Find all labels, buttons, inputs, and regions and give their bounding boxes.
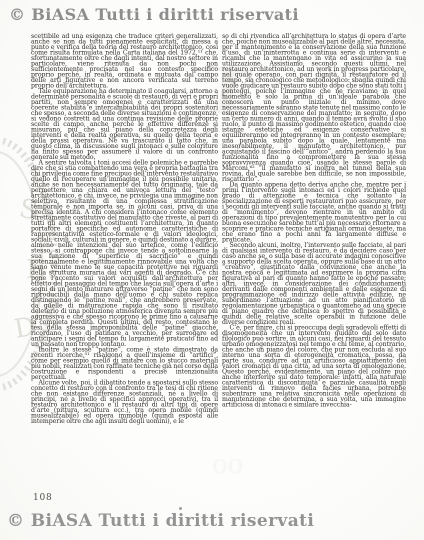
scan-speck xyxy=(179,507,182,510)
watermark-top: © BiASA Tutti i diritti riservati xyxy=(9,5,299,24)
paragraph: A sentire talvolta i toni accesi delle p… xyxy=(31,160,218,347)
paragraph: Alcune volte, poi, il dibattito tende a … xyxy=(31,380,218,424)
scanned-book-page: © BiASA Tutti i diritti riservati S E D … xyxy=(0,0,424,540)
paragraph: scettibile ad una esigenza che traduce c… xyxy=(31,33,218,88)
paragraph: Secondo alcuni, inoltre, l’intervento su… xyxy=(222,242,406,325)
page-number: 108 xyxy=(33,493,53,503)
text-column-right: so di chi rivendica all’architettura lo … xyxy=(222,33,406,492)
paragraph: so di chi rivendica all’architettura lo … xyxy=(222,33,406,182)
watermark-bottom: © BiASA Tutti i diritti riservati xyxy=(7,511,314,531)
paragraph: Inoltre le stesse “patine”, come è stato… xyxy=(31,347,218,380)
paragraph: Tale equiparazione ha determinato il coa… xyxy=(31,88,218,160)
paragraph: C’è, per finire, chi si preoccupa degli … xyxy=(222,325,406,408)
text-column-left-content: scettibile ad una esigenza che traduce c… xyxy=(31,33,218,424)
paragraph: Da quanto appena detto deriva anche che,… xyxy=(222,182,406,243)
text-column-right-content: so di chi rivendica all’architettura lo … xyxy=(222,33,406,407)
text-column-left: scettibile ad una esigenza che traduce c… xyxy=(31,33,218,492)
